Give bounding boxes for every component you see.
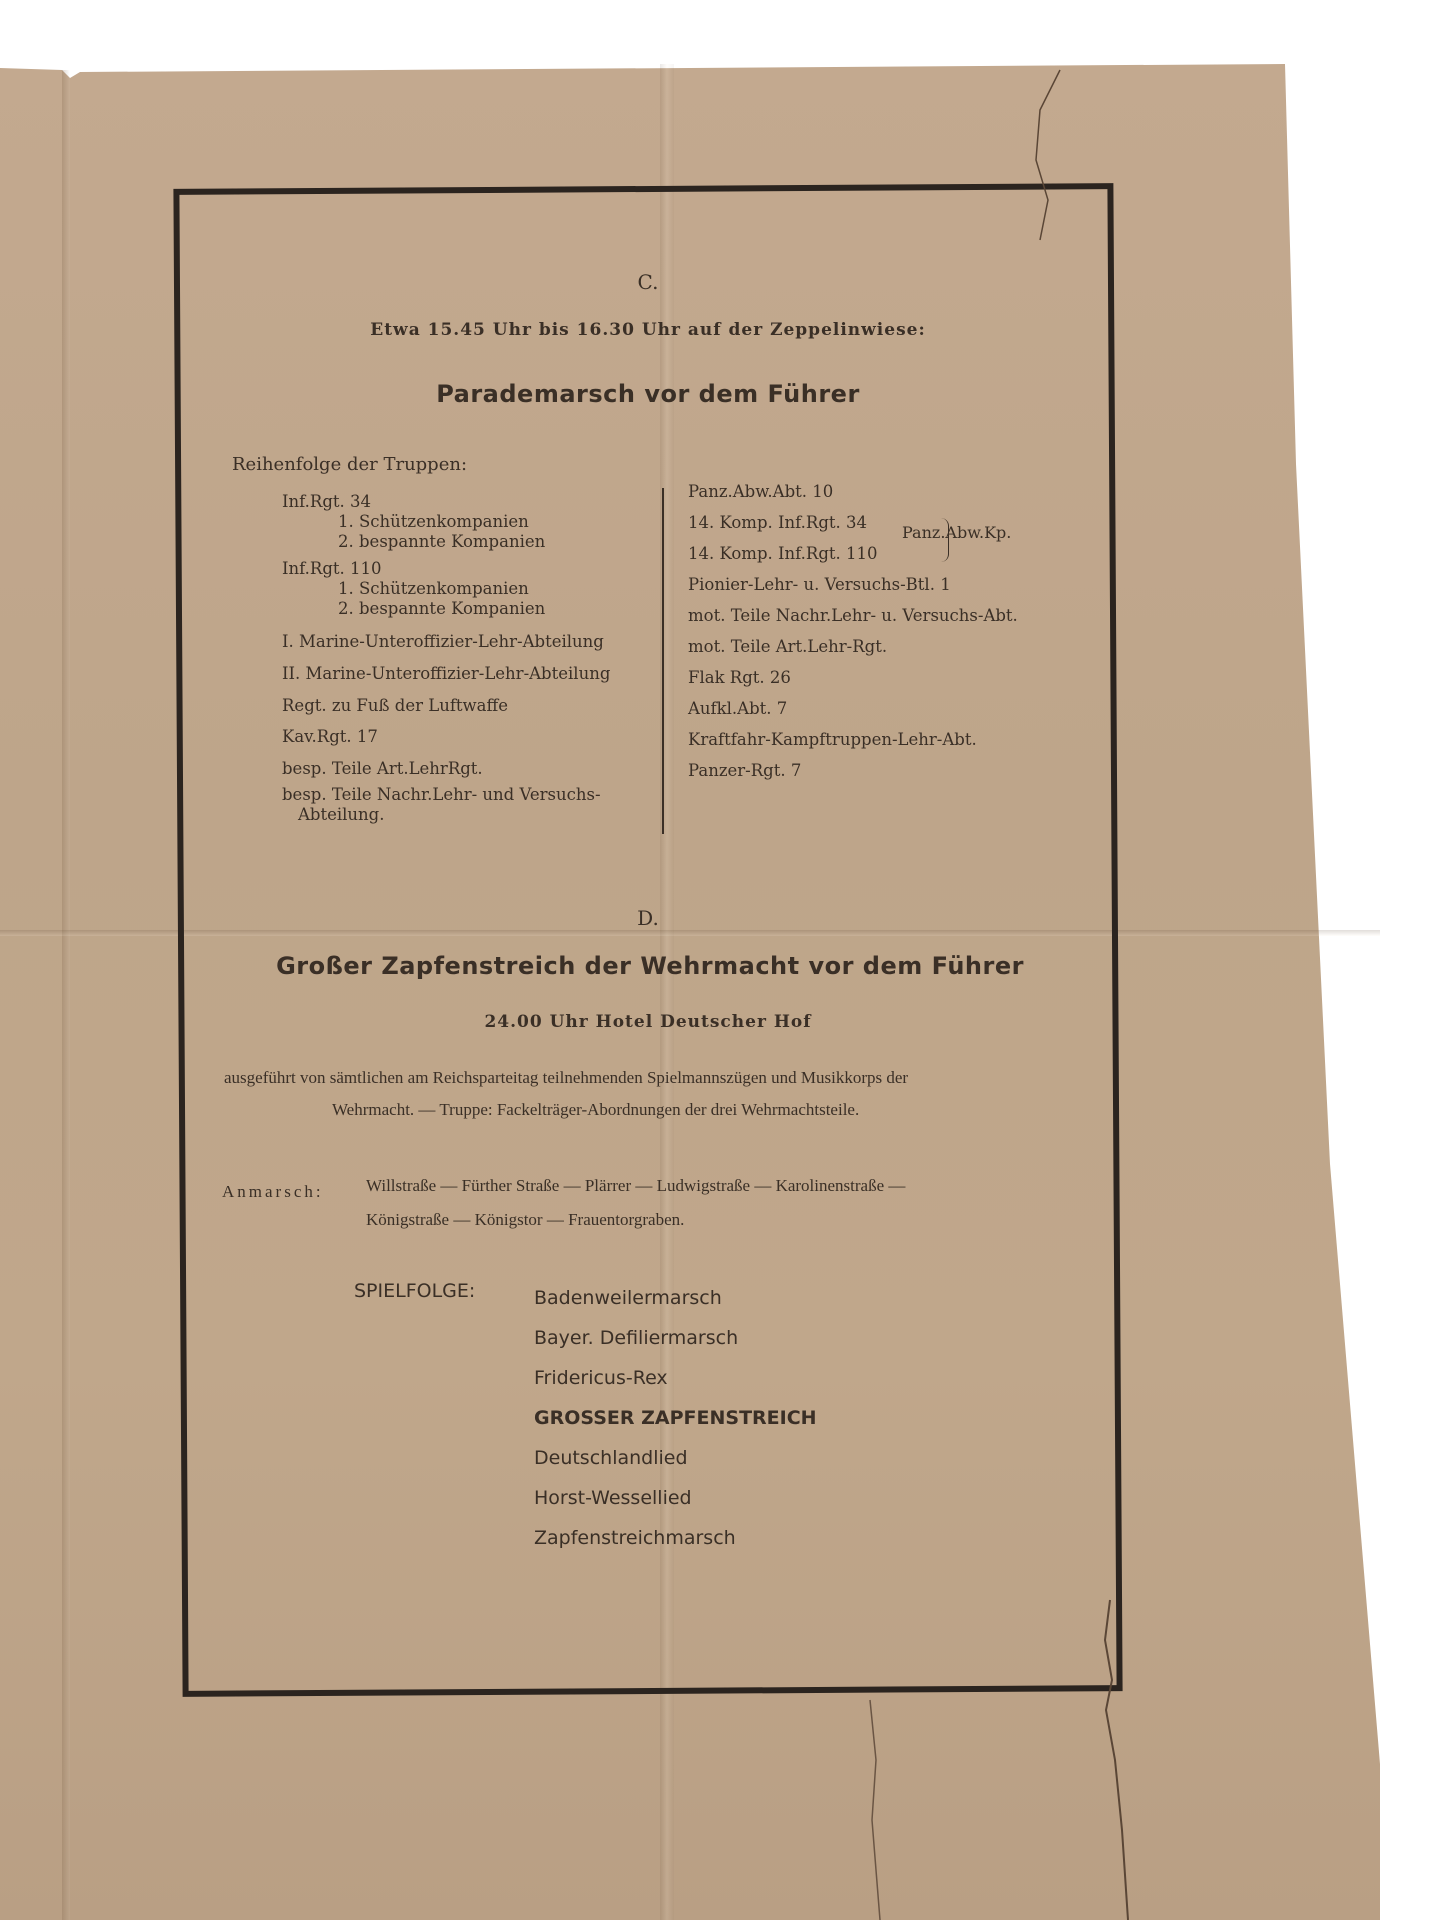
paper-cracks [0, 0, 1440, 1920]
